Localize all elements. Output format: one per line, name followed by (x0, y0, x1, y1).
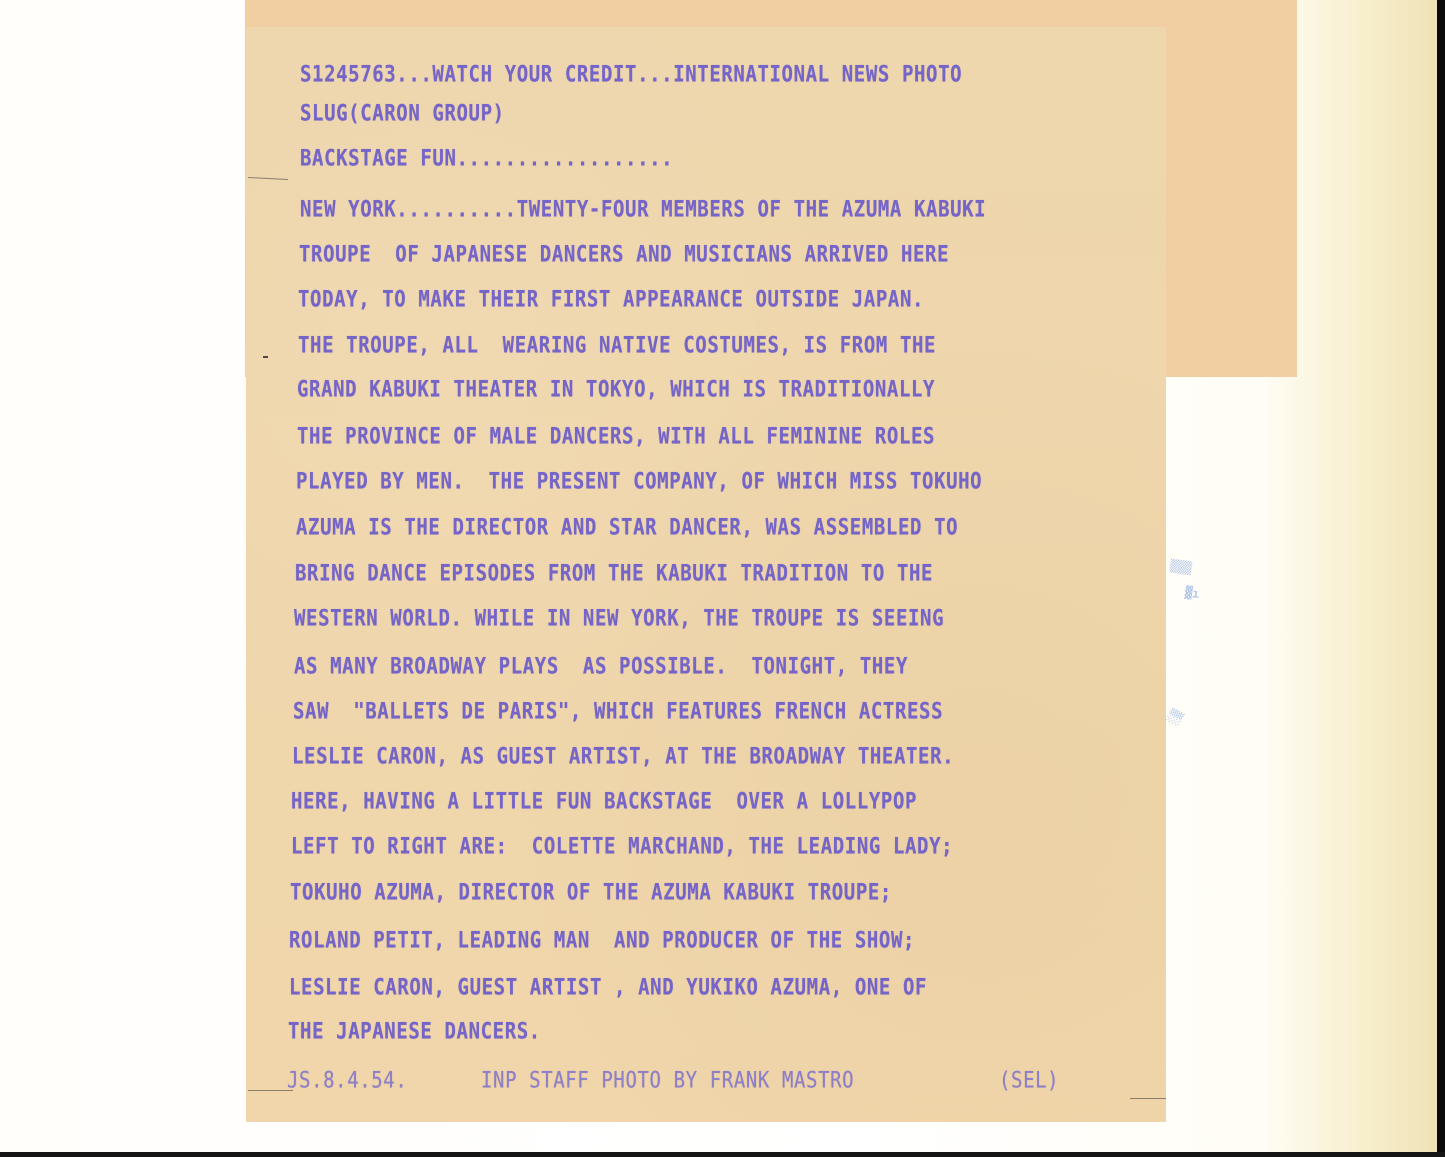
caption-body-line: PLAYED BY MEN. THE PRESENT COMPANY, OF W… (296, 469, 982, 494)
caption-slug: SLUG(CARON GROUP) (300, 101, 505, 126)
caption-body-line: WESTERN WORLD. WHILE IN NEW YORK, THE TR… (294, 606, 944, 631)
caption-headline: BACKSTAGE FUN.................. (300, 146, 673, 171)
caption-body-line: TROUPE OF JAPANESE DANCERS AND MUSICIANS… (299, 242, 949, 267)
caption-body-line: TOKUHO AZUMA, DIRECTOR OF THE AZUMA KABU… (290, 880, 892, 905)
caption-body-line: THE PROVINCE OF MALE DANCERS, WITH ALL F… (297, 424, 935, 449)
caption-body-line: BRING DANCE EPISODES FROM THE KABUKI TRA… (295, 561, 933, 586)
caption-body-line: LESLIE CARON, GUEST ARTIST , AND YUKIKO … (289, 975, 927, 1000)
caption-body-line: SAW "BALLETS DE PARIS", WHICH FEATURES F… (293, 699, 943, 724)
caption-body-line: AZUMA IS THE DIRECTOR AND STAR DANCER, W… (296, 515, 958, 540)
caption-body-line: HERE, HAVING A LITTLE FUN BACKSTAGE OVER… (291, 789, 917, 814)
caption-photo-credit: INP STAFF PHOTO BY FRANK MASTRO (481, 1068, 854, 1093)
caption-body-line: THE JAPANESE DANCERS. (288, 1019, 541, 1044)
caption-body-line: LEFT TO RIGHT ARE: COLETTE MARCHAND, THE… (291, 834, 953, 859)
caption-body-line: AS MANY BROADWAY PLAYS AS POSSIBLE. TONI… (294, 654, 908, 679)
caption-body-line: LESLIE CARON, AS GUEST ARTIST, AT THE BR… (292, 744, 954, 769)
caption-body-line: TODAY, TO MAKE THEIR FIRST APPEARANCE OU… (298, 287, 924, 312)
caption-body-line: NEW YORK..........TWENTY-FOUR MEMBERS OF… (300, 197, 986, 222)
caption-body-line: GRAND KABUKI THEATER IN TOKYO, WHICH IS … (297, 377, 935, 402)
caption-body-line: ROLAND PETIT, LEADING MAN AND PRODUCER O… (289, 928, 915, 953)
caption-header-line: S1245763...WATCH YOUR CREDIT...INTERNATI… (300, 62, 962, 87)
caption-initials: (SEL) (999, 1068, 1059, 1093)
typed-caption: S1245763...WATCH YOUR CREDIT...INTERNATI… (0, 0, 1445, 1157)
caption-date-code: JS.8.4.54. (287, 1068, 407, 1093)
caption-body-line: THE TROUPE, ALL WEARING NATIVE COSTUMES,… (298, 333, 936, 358)
